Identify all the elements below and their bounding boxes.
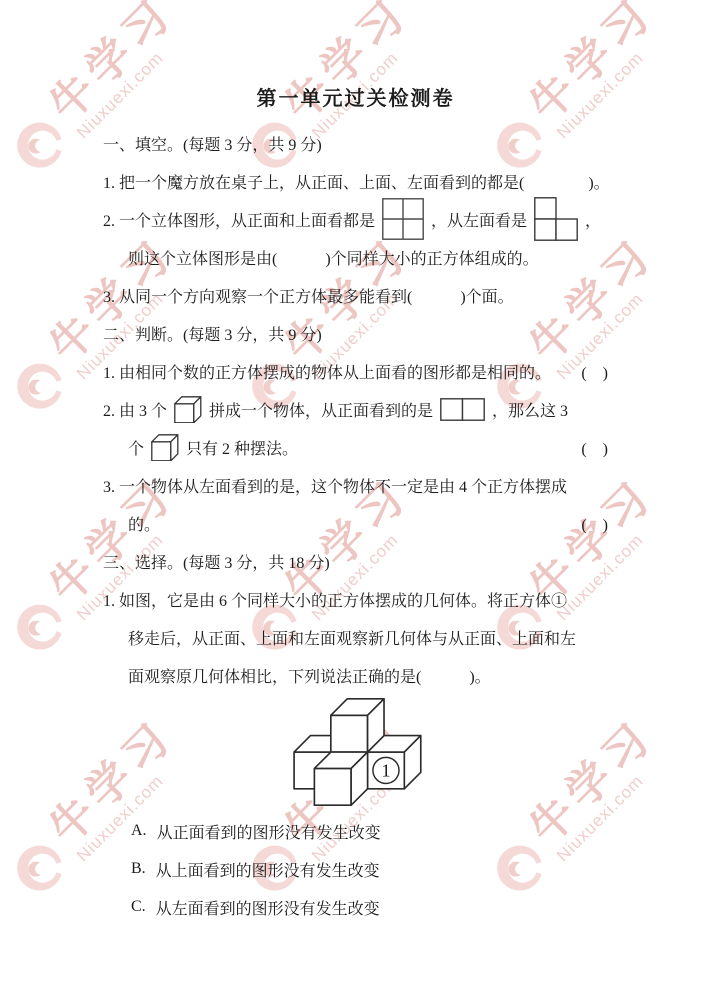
fill-q2-text2: ，从左面看是 (431, 208, 527, 231)
section-fill-heading: 一、填空。(每题 3 分，共 9 分) (103, 124, 608, 162)
judge-q3-line1: 3. 一个物体从左面看到的是，这个物体不一定是由 4 个正方体摆成 (103, 466, 608, 504)
judge-q2-line2-group: 个 只有 2 种摆法。 (128, 434, 298, 461)
choice-q1-line3: 面观察原几何体相比，下列说法正确的是( )。 (103, 656, 608, 694)
fill-q2-line2: 则这个立体图形是由( )个同样大小的正方体组成的。 (103, 238, 608, 276)
fill-q3: 3. 从同一个方向观察一个正方体最多能看到( )个面。 (103, 276, 608, 314)
cubes-figure-wrap: 1 (103, 694, 608, 812)
cube-icon (151, 434, 179, 461)
exam-content: 第一单元过关检测卷 一、填空。(每题 3 分，共 9 分) 1. 把一个魔方放在… (0, 0, 711, 1005)
judge-q2-text3: ，那么这 3 (492, 398, 568, 421)
option-row-b: B. 从上面看到的图形没有发生改变 (103, 850, 608, 888)
option-text: 从上面看到的图形没有发生改变 (156, 858, 380, 881)
option-row-c: C. 从左面看到的图形没有发生改变 (103, 888, 608, 926)
exam-page: 牛学习Niuxuexi.com牛学习Niuxuexi.com牛学习Niuxuex… (0, 0, 711, 1005)
section-choice-heading: 三、选择。(每题 3 分，共 18 分) (103, 542, 608, 580)
cube-icon (174, 396, 202, 423)
choice-q1-line2: 移走后，从正面、上面和左面观察新几何体与从正面、上面和左 (103, 618, 608, 656)
option-row-a: A. 从正面看到的图形没有发生改变 (103, 812, 608, 850)
fill-q1: 1. 把一个魔方放在桌子上，从正面、上面、左面看到的都是( )。 (103, 162, 608, 200)
two-squares-figure (440, 398, 485, 421)
judge-q2-answer-blank: ( ) (581, 436, 608, 459)
grid-2x2-figure (382, 198, 424, 240)
option-label: C. (131, 898, 146, 916)
option-label: B. (131, 860, 146, 878)
judge-q3-answer-blank: ( ) (581, 512, 608, 535)
cubes-figure: 1 (275, 694, 435, 812)
l-shape-figure (534, 197, 578, 241)
judge-q1-text: 1. 由相同个数的正方体摆成的物体从上面看的图形都是相同的。 (103, 360, 551, 383)
judge-q2-line2-text2: 只有 2 种摆法。 (186, 436, 298, 459)
page-title: 第一单元过关检测卷 (103, 84, 608, 114)
judge-q2-text1: 2. 由 3 个 (103, 398, 167, 421)
judge-q2-line2: 个 只有 2 种摆法。 ( ) (103, 428, 608, 466)
choice-q1-line1: 1. 如图，它是由 6 个同样大小的正方体摆成的几何体。将正方体① (103, 580, 608, 618)
judge-q2-text2: 拼成一个物体，从正面看到的是 (209, 398, 433, 421)
option-text: 从正面看到的图形没有发生改变 (157, 820, 381, 843)
judge-q3-line2: 的。 ( ) (103, 504, 608, 542)
judge-q1: 1. 由相同个数的正方体摆成的物体从上面看的图形都是相同的。 ( ) (103, 352, 608, 390)
option-text: 从左面看到的图形没有发生改变 (156, 896, 380, 919)
option-label: A. (131, 822, 147, 840)
judge-q3-line2-text: 的。 (128, 512, 160, 535)
fill-q2-text3: ， (585, 208, 601, 231)
fill-q2-line1: 2. 一个立体图形，从正面和上面看都是 ，从左面看是 ， (103, 200, 608, 238)
judge-q1-answer-blank: ( ) (581, 360, 608, 383)
judge-q2-line1: 2. 由 3 个 拼成一个物体，从正面看到的是 ，那么这 3 (103, 390, 608, 428)
judge-q2-line2-text1: 个 (128, 436, 144, 459)
fill-q2-text1: 2. 一个立体图形，从正面和上面看都是 (103, 208, 375, 231)
figure-label-circle: 1 (373, 757, 399, 783)
figure-label: 1 (381, 761, 390, 781)
section-judge-heading: 二、判断。(每题 3 分，共 9 分) (103, 314, 608, 352)
